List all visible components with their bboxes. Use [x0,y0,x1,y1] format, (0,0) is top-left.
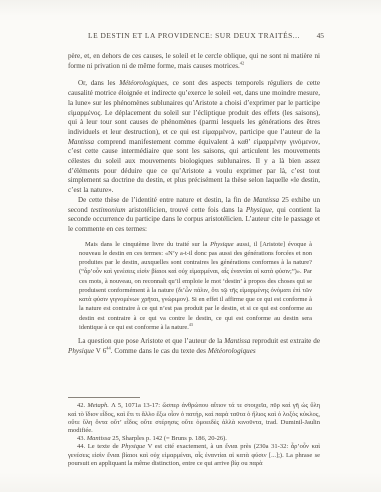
paragraph-question: La question que pose Aristote et que l’a… [68,337,320,356]
running-head-title: LE DESTIN ET LA PROVIDENCE: SUR DEUX TRA… [88,31,300,40]
book-page: LE DESTIN ET LA PROVIDENCE: SUR DEUX TRA… [0,0,381,492]
text-column: père, et, en dehors de ces causes, le so… [68,52,320,357]
running-head: LE DESTIN ET LA PROVIDENCE: SUR DEUX TRA… [68,31,320,40]
footnote-42: 42. Metaph. Λ 5, 1071a 13-17: ὥσπερ ἀνθρ… [68,402,320,435]
paragraph-meteorologiques: Or, dans les Météorologiques, ce sont de… [68,79,320,195]
footnote-separator [68,397,140,398]
block-quote: Mais dans le cinquième livre du traité s… [79,240,312,333]
footnote-44: 44. Le texte de Physique V est cité exac… [68,443,320,468]
paragraph-continuation: père, et, en dehors de ces causes, le so… [68,52,320,71]
page-number: 45 [317,31,324,40]
paragraph-these-identite: De cette thèse de l’identité entre natur… [68,196,320,235]
footnotes: 42. Metaph. Λ 5, 1071a 13-17: ὥσπερ ἀνθρ… [68,397,320,468]
